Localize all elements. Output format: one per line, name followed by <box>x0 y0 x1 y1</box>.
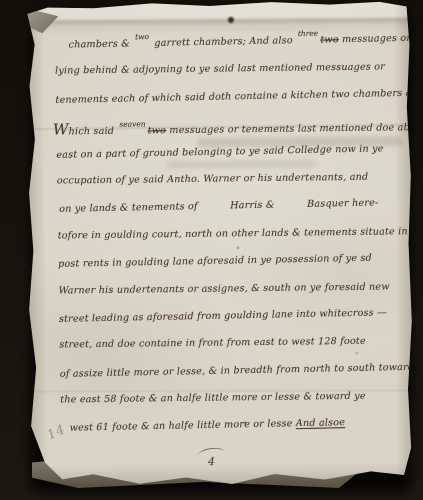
struck-word: two <box>148 125 167 136</box>
interlined-word: seaven <box>119 120 145 129</box>
line-text: street, and doe containe in front from e… <box>59 336 366 351</box>
paper-hole <box>226 16 235 25</box>
line-text: garrett chambers; And also <box>151 35 296 49</box>
interlined-word: two <box>135 32 149 41</box>
line-text: messuages or tenements last mentioned do… <box>166 122 423 136</box>
interlined-word: three <box>298 29 318 38</box>
underlined-phrase: And alsoe <box>296 418 345 430</box>
struck-word: two <box>320 34 339 45</box>
manuscript-text: chambers & two garrett chambers; And als… <box>55 34 415 450</box>
photo-backdrop: chambers & two garrett chambers; And als… <box>0 0 423 500</box>
line-text: lying behind & adjoyning to ye said last… <box>55 62 385 77</box>
page-number-block: 4 <box>191 448 231 468</box>
line-text: the east 58 foote & an halfe little more… <box>60 391 366 406</box>
line-text: Which said <box>53 126 118 138</box>
line-text: chambers & <box>69 38 134 50</box>
manuscript-page: chambers & two garrett chambers; And als… <box>24 1 413 490</box>
